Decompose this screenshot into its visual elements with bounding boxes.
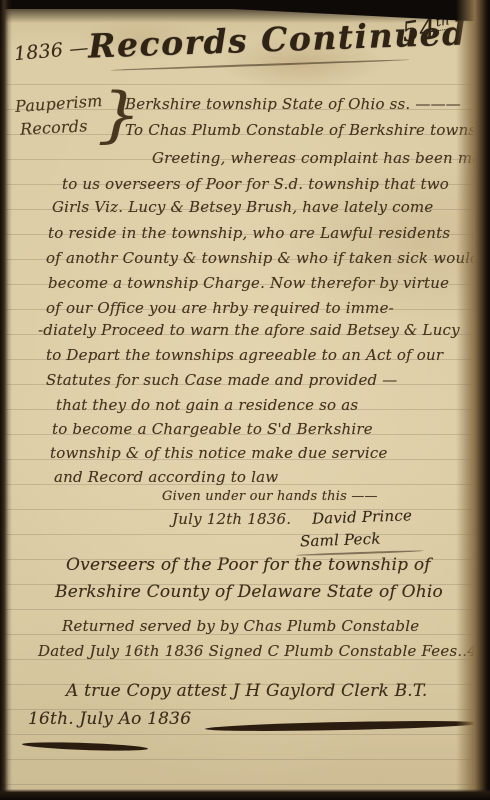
book-edge-right <box>456 0 490 800</box>
body-line: Greeting, whereas complaint has been mad… <box>152 149 490 167</box>
body-line: Girls Viz. Lucy & Betsey Brush, have lat… <box>52 198 433 216</box>
signature-overseer-2: Saml Peck <box>300 530 381 551</box>
overseers-title-line1: Overseers of the Poor for the township o… <box>66 555 431 575</box>
body-line: to reside in the township, who are Lawfu… <box>48 224 450 242</box>
attestation-line1: A true Copy attest J H Gaylord Clerk B.T… <box>66 681 428 701</box>
margin-brace: } <box>97 80 141 150</box>
return-line2: Dated July 16th 1836 Signed C Plumb Cons… <box>38 642 490 660</box>
return-line1: Returned served by by Chas Plumb Constab… <box>62 617 419 635</box>
body-line: To Chas Plumb Constable of Berkshire tow… <box>125 121 490 139</box>
body-line: township & of this notice make due servi… <box>50 444 388 462</box>
book-edge-bottom <box>0 789 490 800</box>
signature-overseer-1: David Prince <box>312 506 413 527</box>
given-under-hands-line: Given under our hands this —— <box>162 489 378 504</box>
body-line: become a township Charge. Now therefor b… <box>48 274 449 292</box>
attestation-line2: 16th. July Ao 1836 <box>28 709 191 729</box>
body-line: -diately Proceed to warn the afore said … <box>38 321 460 339</box>
margin-label-line2: Records <box>20 116 89 139</box>
body-line: Berkshire township State of Ohio ss. ——— <box>125 95 461 113</box>
body-line: to Depart the townships agreeable to an … <box>46 346 443 364</box>
overseers-title-line2: Berkshire County of Delaware State of Oh… <box>55 582 443 602</box>
ledger-page: 1836 — Records Continued 54th Pauperism … <box>0 0 490 800</box>
body-line: to become a Chargeable to S'd Berkshire <box>52 420 373 438</box>
body-line: of our Office you are hrby required to i… <box>46 299 394 317</box>
body-line: and Record according to law <box>54 468 278 486</box>
body-line: to us overseers of Poor for S.d. townshi… <box>62 175 449 193</box>
closing-date-line: July 12th 1836. <box>172 510 291 528</box>
book-edge-left <box>0 0 12 800</box>
body-line: Statutes for such Case made and provided… <box>46 371 398 389</box>
body-line: that they do not gain a residence so as <box>56 396 358 414</box>
body-line: of anothr County & township & who if tak… <box>46 249 480 267</box>
